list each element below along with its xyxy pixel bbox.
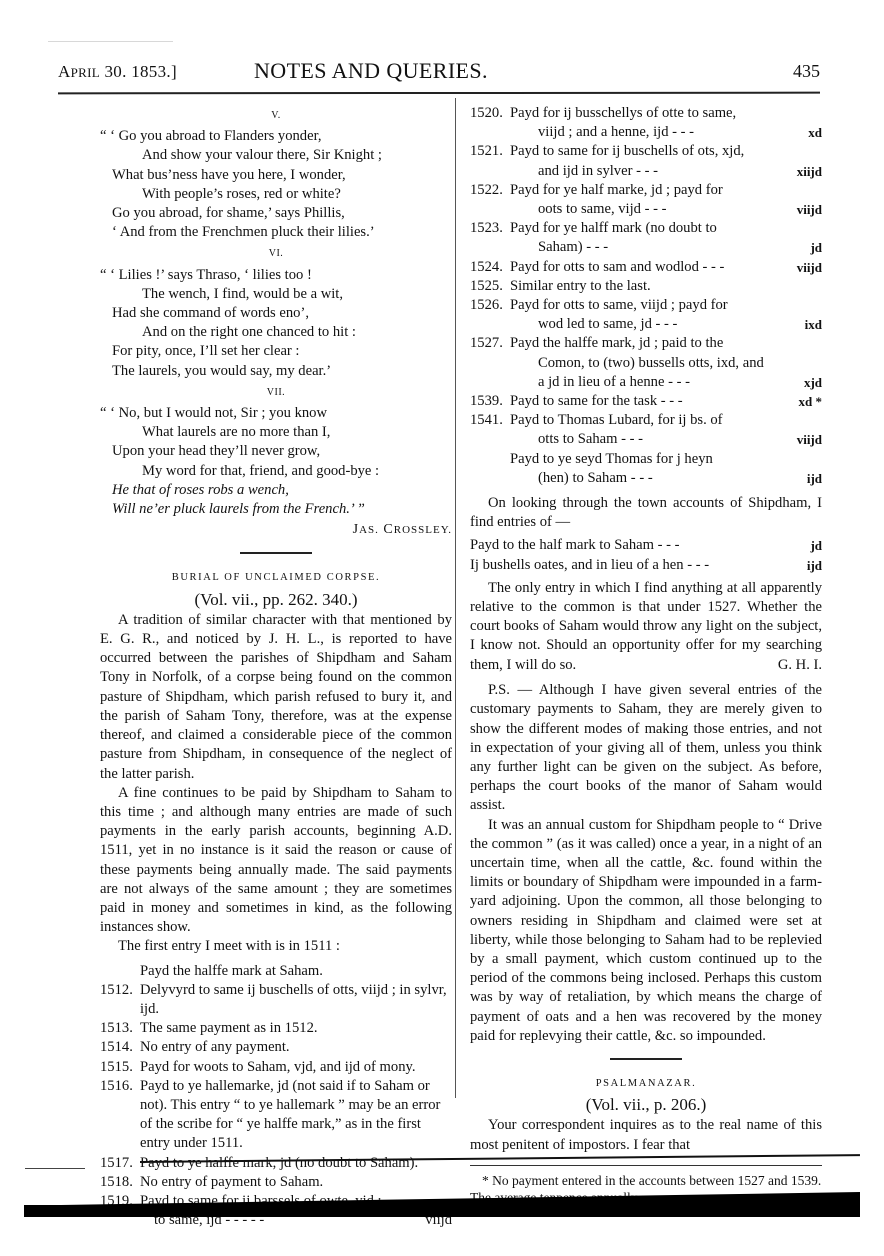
entry-year: 1518. <box>100 1173 140 1192</box>
entry-text: Payd for ye half marke, jd ; payd for <box>510 181 774 200</box>
entry-amount <box>774 411 822 430</box>
entry-text: Payd to ye seyd Thomas for j heyn <box>510 450 774 469</box>
payment-entry: Payd the halffe mark at Saham. <box>100 962 452 981</box>
entry-line: oots to same, vijd - - -viijd <box>510 200 822 219</box>
poem-line: Go you abroad, for shame,’ says Phillis, <box>100 204 452 223</box>
date-smallcaps: PRIL <box>71 65 100 80</box>
entry-text: Payd for otts to same, viijd ; payd for <box>510 296 774 315</box>
issue-date: APRIL 30. 1853.] <box>58 62 177 82</box>
entry-line: Payd for ye halff mark (no doubt to <box>510 219 822 238</box>
poem-line: Upon your head they’ll never grow, <box>100 442 452 461</box>
entry-amount <box>774 181 822 200</box>
entry-text: Payd to same for the task - - - <box>510 392 774 411</box>
payment-entry: 1527.Payd the halffe mark, jd ; paid to … <box>470 334 822 392</box>
burial-paragraph-1: A tradition of similar character with th… <box>100 611 452 784</box>
entry-year: 1525. <box>470 277 510 296</box>
poem-line: ‘ And from the Frenchmen pluck their lil… <box>100 223 452 242</box>
entry-line: Payd for ij busschellys of otte to same, <box>510 104 822 123</box>
burial-postscript: P.S. — Although I have given several ent… <box>470 681 822 815</box>
entry-line: wod led to same, jd - - -ixd <box>510 315 822 334</box>
payment-entry: 1514.No entry of any payment. <box>100 1038 452 1057</box>
town-entry-amount: ijd <box>774 556 822 575</box>
burial-paragraph-6: It was an annual custom for Shipdham peo… <box>470 816 822 1046</box>
payment-entry: 1521.Payd to same for ij buschells of ot… <box>470 142 822 180</box>
entry-text: otts to Saham - - - <box>510 430 774 449</box>
entry-text: a jd in lieu of a henne - - - <box>510 373 774 392</box>
entry-text: Comon, to (two) bussells otts, ixd, and <box>510 354 774 373</box>
entry-year: 1526. <box>470 296 510 334</box>
scan-artifact-line <box>25 1168 85 1169</box>
payment-entry: 1539.Payd to same for the task - - -xd * <box>470 392 822 411</box>
entry-year: 1517. <box>100 1154 140 1173</box>
entry-line: Payd for otts to same, viijd ; payd for <box>510 296 822 315</box>
stanza-numeral: VI. <box>100 244 452 263</box>
entry-amount: xjd <box>774 373 822 392</box>
payment-entry: 1523.Payd for ye halff mark (no doubt to… <box>470 219 822 257</box>
burial-paragraph-2: A fine continues to be paid by Shipdham … <box>100 784 452 938</box>
entry-line: (hen) to Saham - - -ijd <box>510 469 822 488</box>
payment-entry: Payd to ye seyd Thomas for j heyn(hen) t… <box>470 450 822 488</box>
poem-line: He that of roses robs a wench, <box>100 481 452 500</box>
section-separator <box>240 552 312 554</box>
payment-entry: 1518.No entry of payment to Saham. <box>100 1173 452 1192</box>
town-entry-text: Ij bushells oates, and in lieu of a hen … <box>470 556 774 575</box>
poem-line: “ ‘ Lilies !’ says Thraso, ‘ lilies too … <box>100 266 452 285</box>
entry-text: Payd the halffe mark, jd ; paid to the <box>510 334 774 353</box>
entry-text: The same payment as in 1512. <box>140 1019 452 1038</box>
payment-entries-right: 1520.Payd for ij busschellys of otte to … <box>470 104 822 488</box>
entry-text: (hen) to Saham - - - <box>510 469 774 488</box>
article-heading-psalmanazar: PSALMANAZAR. <box>470 1074 822 1093</box>
entry-body: Payd to Thomas Lubard, for ij bs. ofotts… <box>510 411 822 449</box>
entry-line: and ijd in sylver - - -xiijd <box>510 162 822 181</box>
burial-paragraph-4: On looking through the town accounts of … <box>470 494 822 532</box>
poem-line: My word for that, friend, and good-bye : <box>100 462 452 481</box>
entry-line: Comon, to (two) bussells otts, ixd, and <box>510 354 822 373</box>
stanza-numeral: VII. <box>100 383 452 402</box>
entry-text: Saham) - - - <box>510 238 774 257</box>
entry-text: viijd ; and a henne, ijd - - - <box>510 123 774 142</box>
entry-body: Payd to ye seyd Thomas for j heyn(hen) t… <box>510 450 822 488</box>
entry-line: a jd in lieu of a henne - - -xjd <box>510 373 822 392</box>
entry-text: Payd to same for ij buschells of ots, xj… <box>510 142 774 161</box>
poem-line: “ ‘ No, but I would not, Sir ; you know <box>100 404 452 423</box>
payment-entry: 1524.Payd for otts to sam and wodlod - -… <box>470 258 822 277</box>
entry-body: Payd to same for ij buschells of ots, xj… <box>510 142 822 180</box>
entry-year: 1514. <box>100 1038 140 1057</box>
payment-entries-left: Payd the halffe mark at Saham.1512.Delyv… <box>100 962 452 1231</box>
entry-body: Payd to same for the task - - -xd * <box>510 392 822 411</box>
entry-text: Delyvyrd to same ij buschells of otts, v… <box>140 981 452 1019</box>
payment-entry: 1516.Payd to ye hallemarke, jd (not said… <box>100 1077 452 1154</box>
entry-text: Payd for otts to sam and wodlod - - - <box>510 258 774 277</box>
poem-line: Will ne’er pluck laurels from the French… <box>100 500 452 519</box>
entry-year: 1520. <box>470 104 510 142</box>
entry-body: Similar entry to the last. <box>510 277 822 296</box>
left-column: V.“ ‘ Go you abroad to Flanders yonder,A… <box>100 104 452 1230</box>
scan-artifact-line <box>48 41 173 42</box>
entry-text: No entry of any payment. <box>140 1038 452 1057</box>
entry-amount <box>774 104 822 123</box>
entry-year <box>100 962 140 981</box>
article-reference-psalmanazar: (Vol. vii., p. 206.) <box>470 1095 822 1114</box>
entry-year: 1512. <box>100 981 140 1019</box>
entry-amount <box>774 334 822 353</box>
date-rest: 30. 1853.] <box>100 62 177 81</box>
entry-amount <box>774 219 822 238</box>
entry-body: Payd for ye halff mark (no doubt toSaham… <box>510 219 822 257</box>
entry-text: wod led to same, jd - - - <box>510 315 774 334</box>
poem-line: What bus’ness have you here, I wonder, <box>100 166 452 185</box>
town-account-entries: Payd to the half mark to Saham - - -jdIj… <box>470 536 822 574</box>
poem-line: For pity, once, I’ll set her clear : <box>100 342 452 361</box>
entry-line: Payd to Thomas Lubard, for ij bs. of <box>510 411 822 430</box>
payment-entry: 1512.Delyvyrd to same ij buschells of ot… <box>100 981 452 1019</box>
entry-amount: xd * <box>774 392 822 411</box>
payment-entry: 1513.The same payment as in 1512. <box>100 1019 452 1038</box>
poem-line: And show your valour there, Sir Knight ; <box>100 146 452 165</box>
poem-signature: JAS. CROSSLEY. <box>100 520 452 540</box>
payment-entry: 1525.Similar entry to the last. <box>470 277 822 296</box>
entry-text: Similar entry to the last. <box>510 277 774 296</box>
town-entry-text: Payd to the half mark to Saham - - - <box>470 536 774 555</box>
poem-line: And on the right one chanced to hit : <box>100 323 452 342</box>
entry-text: Payd the halffe mark at Saham. <box>140 962 452 981</box>
entry-amount <box>774 277 822 296</box>
entry-amount: ijd <box>774 469 822 488</box>
entry-line: Payd for otts to sam and wodlod - - -vii… <box>510 258 822 277</box>
entry-body: Payd for otts to sam and wodlod - - -vii… <box>510 258 822 277</box>
poem-line: The wench, I find, would be a wit, <box>100 285 452 304</box>
entry-amount: viijd <box>774 430 822 449</box>
entry-text: Payd to ye hallemarke, jd (not said if t… <box>140 1077 452 1154</box>
payment-entry: 1541.Payd to Thomas Lubard, for ij bs. o… <box>470 411 822 449</box>
poem-line: “ ‘ Go you abroad to Flanders yonder, <box>100 127 452 146</box>
entry-amount: viijd <box>774 258 822 277</box>
town-entry: Ij bushells oates, and in lieu of a hen … <box>470 556 822 575</box>
payment-entry: 1526.Payd for otts to same, viijd ; payd… <box>470 296 822 334</box>
entry-text: and ijd in sylver - - - <box>510 162 774 181</box>
header-rule <box>58 92 820 95</box>
entry-amount: ixd <box>774 315 822 334</box>
article-heading-burial: BURIAL OF UNCLAIMED CORPSE. <box>100 568 452 587</box>
entry-year: 1521. <box>470 142 510 180</box>
entry-year: 1539. <box>470 392 510 411</box>
entry-year: 1541. <box>470 411 510 449</box>
entry-amount <box>774 142 822 161</box>
entry-amount <box>774 296 822 315</box>
entry-line: Payd to same for the task - - -xd * <box>510 392 822 411</box>
entry-line: Saham) - - -jd <box>510 238 822 257</box>
entry-text: Payd to Thomas Lubard, for ij bs. of <box>510 411 774 430</box>
entry-line: Payd to same for ij buschells of ots, xj… <box>510 142 822 161</box>
poem-line: The laurels, you would say, my dear.’ <box>100 362 452 381</box>
entry-amount <box>774 450 822 469</box>
entry-line: Payd for ye half marke, jd ; payd for <box>510 181 822 200</box>
payment-entry: 1520.Payd for ij busschellys of otte to … <box>470 104 822 142</box>
entry-text: oots to same, vijd - - - <box>510 200 774 219</box>
payment-entry: 1517.Payd to ye halffe mark, jd (no doub… <box>100 1154 452 1173</box>
entry-body: Payd the halffe mark, jd ; paid to theCo… <box>510 334 822 392</box>
psalmanazar-paragraph-1: Your correspondent inquires as to the re… <box>470 1116 822 1154</box>
entry-year: 1515. <box>100 1058 140 1077</box>
entry-text: Payd for ij busschellys of otte to same, <box>510 104 774 123</box>
town-entry: Payd to the half mark to Saham - - -jd <box>470 536 822 555</box>
column-divider <box>455 98 456 1098</box>
publication-title: NOTES AND QUERIES. <box>254 58 488 84</box>
entry-line: Payd the halffe mark, jd ; paid to the <box>510 334 822 353</box>
date-initial: A <box>58 62 71 81</box>
poem-line: Had she command of words eno’, <box>100 304 452 323</box>
entry-body: Payd for ye half marke, jd ; payd foroot… <box>510 181 822 219</box>
entry-amount <box>774 354 822 373</box>
entry-body: Payd for otts to same, viijd ; payd forw… <box>510 296 822 334</box>
payment-entry: 1522.Payd for ye half marke, jd ; payd f… <box>470 181 822 219</box>
newspaper-page: APRIL 30. 1853.] NOTES AND QUERIES. 435 … <box>0 0 884 1256</box>
section-separator-2 <box>610 1058 682 1060</box>
entry-body: Payd for ij busschellys of otte to same,… <box>510 104 822 142</box>
footnote-rule <box>470 1165 822 1166</box>
poem-line: With people’s roses, red or white? <box>100 185 452 204</box>
entry-amount: xd <box>774 123 822 142</box>
poem: V.“ ‘ Go you abroad to Flanders yonder,A… <box>100 106 452 519</box>
page-number: 435 <box>793 61 820 82</box>
entry-year: 1516. <box>100 1077 140 1154</box>
entry-text: Payd to ye halffe mark, jd (no doubt to … <box>140 1154 452 1173</box>
burial-paragraph-3: The first entry I meet with is in 1511 : <box>100 937 452 956</box>
entry-line: otts to Saham - - -viijd <box>510 430 822 449</box>
right-column: 1520.Payd for ij busschellys of otte to … <box>470 104 822 1206</box>
article-reference-burial: (Vol. vii., pp. 262. 340.) <box>100 590 452 609</box>
entry-amount: jd <box>774 238 822 257</box>
entry-line: viijd ; and a henne, ijd - - -xd <box>510 123 822 142</box>
poem-line: What laurels are no more than I, <box>100 423 452 442</box>
entry-year: 1527. <box>470 334 510 392</box>
entry-amount: viijd <box>774 200 822 219</box>
entry-amount: xiijd <box>774 162 822 181</box>
entry-line: Similar entry to the last. <box>510 277 822 296</box>
entry-line: Payd to ye seyd Thomas for j heyn <box>510 450 822 469</box>
entry-text: Payd for ye halff mark (no doubt to <box>510 219 774 238</box>
page-header: APRIL 30. 1853.] NOTES AND QUERIES. 435 <box>58 56 820 84</box>
payment-entry: 1515.Payd for woots to Saham, vjd, and i… <box>100 1058 452 1077</box>
entry-text: Payd for woots to Saham, vjd, and ijd of… <box>140 1058 452 1077</box>
entry-year <box>470 450 510 488</box>
entry-year: 1523. <box>470 219 510 257</box>
stanza-numeral: V. <box>100 106 452 125</box>
town-entry-amount: jd <box>774 536 822 555</box>
entry-year: 1513. <box>100 1019 140 1038</box>
entry-year: 1524. <box>470 258 510 277</box>
entry-year: 1522. <box>470 181 510 219</box>
entry-text: No entry of payment to Saham. <box>140 1173 452 1192</box>
